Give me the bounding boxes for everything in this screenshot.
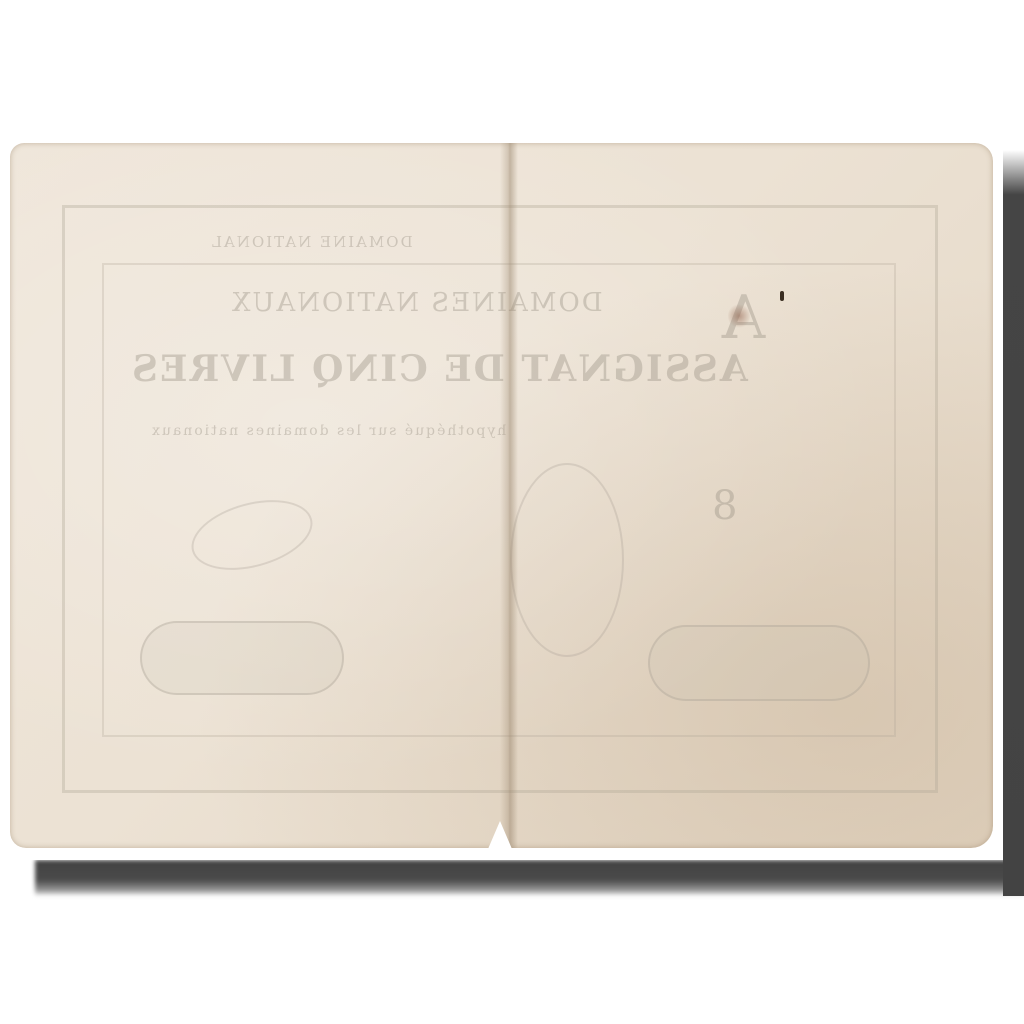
cartouche-left [140,621,344,695]
subtitle-line: hypothéqué sur les domaines nationaux [150,423,506,439]
dry-seal-emblem [510,463,624,657]
title-line-1: DOMAINES NATIONAUX [230,288,603,318]
title-line-2: ASSIGNAT DE CINQ LIVRES [130,348,748,390]
header-inscription: DOMAINE NATIONAL [210,233,413,251]
drop-shadow-right [1003,150,1024,896]
cartouche-right [648,625,870,701]
note-number: 8 [710,483,737,529]
fold-tear [488,821,512,849]
center-fold [500,143,518,848]
ink-spot [780,291,784,301]
drop-shadow-bottom [35,860,1024,896]
stain-mark [728,303,750,329]
banknote: DOMAINE NATIONAL DOMAINES NATIONAUX ASSI… [10,143,993,848]
